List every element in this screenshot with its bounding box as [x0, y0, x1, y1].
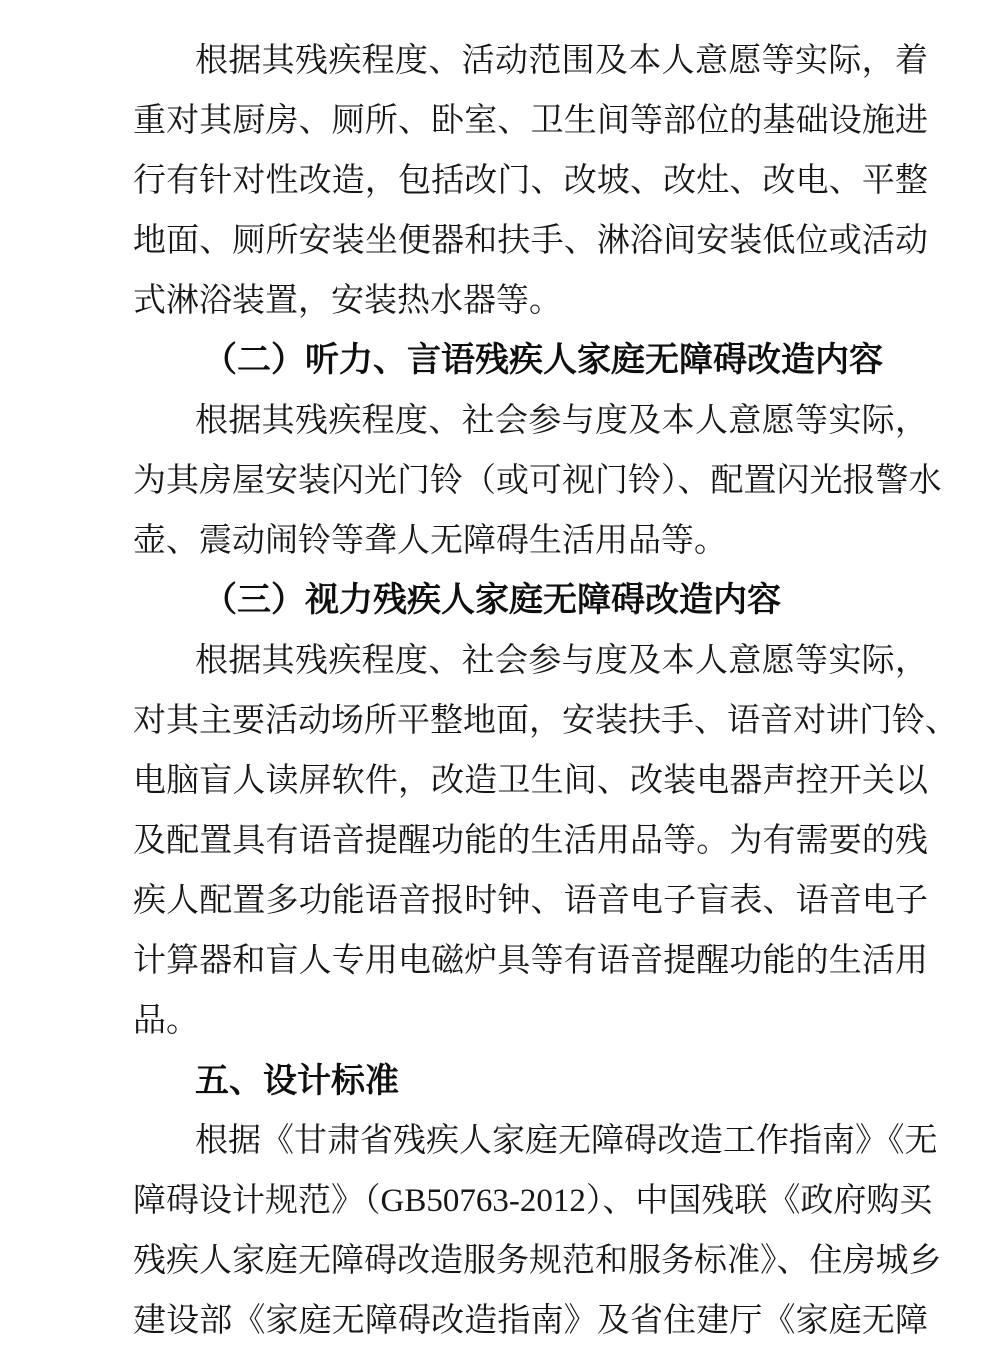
body-line: 式淋浴装置，安装热水器等。 — [133, 271, 928, 331]
body-line: 及配置具有语音提醒功能的生活用品等。为有需要的残 — [133, 811, 928, 871]
section-heading-2: （二）听力、言语残疾人家庭无障碍改造内容 — [133, 331, 928, 391]
body-line: 根据其残疾程度、活动范围及本人意愿等实际，着 — [133, 31, 928, 91]
body-line: 对其主要活动场所平整地面，安装扶手、语音对讲门铃、 — [133, 691, 928, 751]
body-line: 根据其残疾程度、社会参与度及本人意愿等实际， — [133, 391, 928, 451]
document-page: 根据其残疾程度、活动范围及本人意愿等实际，着 重对其厨房、厕所、卧室、卫生间等部… — [0, 0, 1000, 1365]
body-line: 行有针对性改造，包括改门、改坡、改灶、改电、平整 — [133, 151, 928, 211]
body-line: 根据《甘肃省残疾人家庭无障碍改造工作指南》《无 — [133, 1111, 928, 1171]
body-line: 电脑盲人读屏软件，改造卫生间、改装电器声控开关以 — [133, 751, 928, 811]
body-line: 建设部《家庭无障碍改造指南》及省住建厅《家庭无障 — [133, 1291, 928, 1351]
body-line: 障碍设计规范》（GB50763-2012）、中国残联《政府购买 — [133, 1171, 928, 1231]
body-line: 重对其厨房、厕所、卧室、卫生间等部位的基础设施进 — [133, 91, 928, 151]
document-text-block: 根据其残疾程度、活动范围及本人意愿等实际，着 重对其厨房、厕所、卧室、卫生间等部… — [133, 31, 928, 1351]
section-heading-5-design-standards: 五、设计标准 — [133, 1051, 928, 1111]
body-line: 品。 — [133, 991, 928, 1051]
section-heading-3: （三）视力残疾人家庭无障碍改造内容 — [133, 571, 928, 631]
body-line: 疾人配置多功能语音报时钟、语音电子盲表、语音电子 — [133, 871, 928, 931]
body-line: 根据其残疾程度、社会参与度及本人意愿等实际， — [133, 631, 928, 691]
body-line: 地面、厕所安装坐便器和扶手、淋浴间安装低位或活动 — [133, 211, 928, 271]
body-line: 残疾人家庭无障碍改造服务规范和服务标准》、住房城乡 — [133, 1231, 928, 1291]
body-line: 为其房屋安装闪光门铃（或可视门铃）、配置闪光报警水 — [133, 451, 928, 511]
body-line: 计算器和盲人专用电磁炉具等有语音提醒功能的生活用 — [133, 931, 928, 991]
body-line: 壶、震动闹铃等聋人无障碍生活用品等。 — [133, 511, 928, 571]
